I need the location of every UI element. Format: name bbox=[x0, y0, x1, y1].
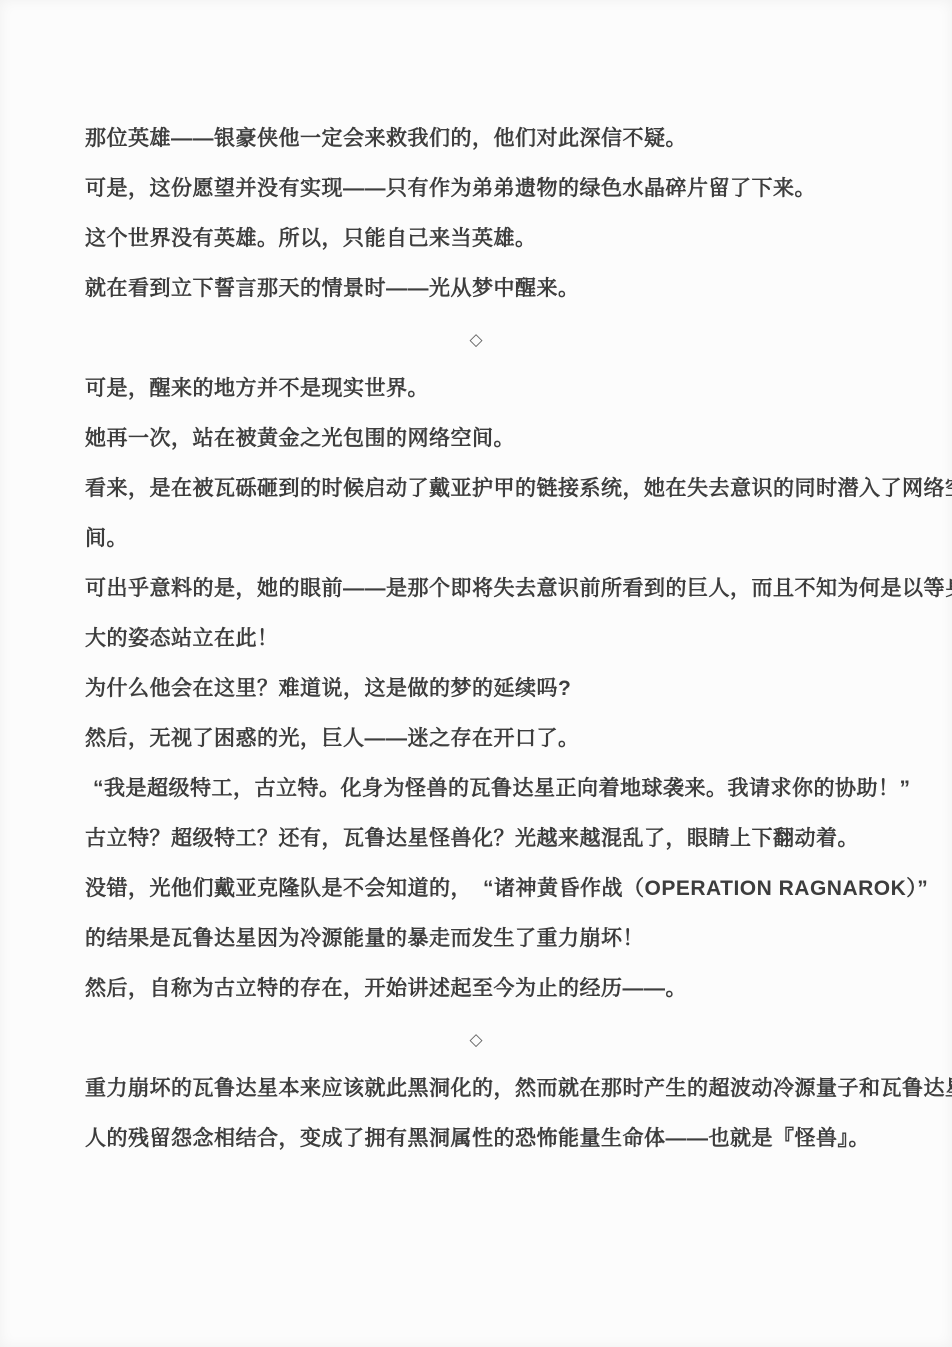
text-line: 然后，无视了困惑的光，巨人——迷之存在开口了。 bbox=[0, 714, 952, 764]
text-line: 就在看到立下誓言那天的情景时——光从梦中醒来。 bbox=[0, 264, 952, 314]
text-line: 古立特？超级特工？还有，瓦鲁达星怪兽化？光越来越混乱了，眼睛上下翻动着。 bbox=[0, 814, 952, 864]
text-line: 可是，这份愿望并没有实现——只有作为弟弟遗物的绿色水晶碎片留了下来。 bbox=[0, 164, 952, 214]
text-line: 可是，醒来的地方并不是现实世界。 bbox=[0, 364, 952, 414]
text-line: 然后，自称为古立特的存在，开始讲述起至今为止的经历——。 bbox=[0, 964, 952, 1014]
text-line: 的结果是瓦鲁达星因为冷源能量的暴走而发生了重力崩坏！ bbox=[0, 914, 952, 964]
dialogue-line: “我是超级特工，古立特。化身为怪兽的瓦鲁达星正向着地球袭来。我请求你的协助！” bbox=[0, 764, 952, 814]
text-line: 大的姿态站立在此！ bbox=[0, 614, 952, 664]
novel-page: 那位英雄——银豪侠他一定会来救我们的，他们对此深信不疑。 可是，这份愿望并没有实… bbox=[0, 0, 952, 1347]
text-content: 那位英雄——银豪侠他一定会来救我们的，他们对此深信不疑。 可是，这份愿望并没有实… bbox=[0, 114, 952, 1164]
text-line: 这个世界没有英雄。所以，只能自己来当英雄。 bbox=[0, 214, 952, 264]
section-divider: ◇ bbox=[0, 314, 952, 364]
text-line: 为什么他会在这里？难道说，这是做的梦的延续吗? bbox=[0, 664, 952, 714]
text-line: 可出乎意料的是，她的眼前——是那个即将失去意识前所看到的巨人，而且不知为何是以等… bbox=[0, 564, 952, 614]
diamond-icon: ◇ bbox=[469, 330, 482, 349]
diamond-icon: ◇ bbox=[469, 1030, 482, 1049]
text-line: 间。 bbox=[0, 514, 952, 564]
text-line: 重力崩坏的瓦鲁达星本来应该就此黑洞化的，然而就在那时产生的超波动冷源量子和瓦鲁达… bbox=[0, 1064, 952, 1114]
section-divider: ◇ bbox=[0, 1014, 952, 1064]
text-line: 那位英雄——银豪侠他一定会来救我们的，他们对此深信不疑。 bbox=[0, 114, 952, 164]
text-line: 人的残留怨念相结合，变成了拥有黑洞属性的恐怖能量生命体——也就是『怪兽』。 bbox=[0, 1114, 952, 1164]
text-line: 她再一次，站在被黄金之光包围的网络空间。 bbox=[0, 414, 952, 464]
text-line: 没错，光他们戴亚克隆队是不会知道的， “诸神黄昏作战（OPERATION RAG… bbox=[0, 864, 952, 914]
text-line: 看来，是在被瓦砾砸到的时候启动了戴亚护甲的链接系统，她在失去意识的同时潜入了网络… bbox=[0, 464, 952, 514]
